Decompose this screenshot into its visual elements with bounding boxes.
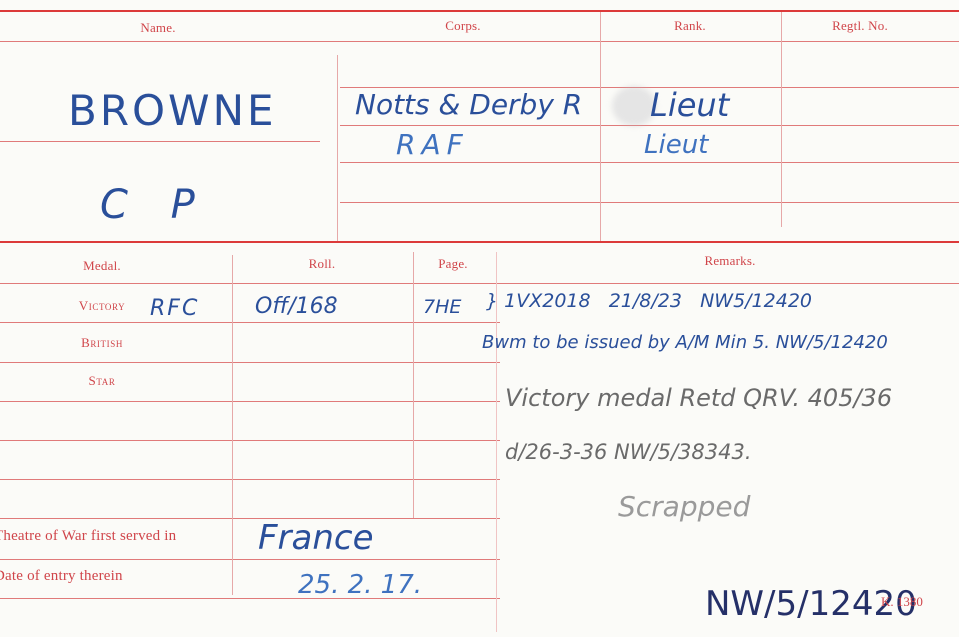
page-divider — [413, 252, 414, 518]
header-rank: Rank. — [674, 18, 706, 34]
header-medal: Medal. — [83, 258, 121, 274]
rank-divider — [600, 12, 601, 241]
corps-divider — [337, 55, 338, 241]
header-page: Page. — [438, 256, 468, 272]
header-rule — [0, 41, 959, 42]
victory-unit: RFC — [150, 296, 199, 321]
name-rule-1 — [0, 141, 320, 142]
date-entry-value: 25. 2. 17. — [298, 570, 422, 600]
remark-line-4: d/26-3-36 NW/5/38343. — [505, 440, 752, 464]
corps-entry-2: RAF — [396, 128, 469, 161]
date-rule — [0, 598, 500, 599]
remark-line-1: } 1VX2018 21/8/23 NW5/12420 — [486, 290, 812, 312]
form-number: K. 1380 — [881, 594, 923, 610]
victory-page: 7HE — [423, 296, 461, 318]
roll-divider — [232, 255, 233, 595]
medal-row-rule-1 — [0, 322, 500, 323]
initials: C P — [100, 182, 195, 228]
date-entry-label: Date of entry therein — [0, 568, 123, 585]
header-roll: Roll. — [309, 256, 336, 272]
mid-rule — [0, 241, 959, 243]
medal-row-rule-5 — [0, 479, 500, 480]
medal-victory: Victory — [79, 298, 125, 314]
header-regtl-no: Regtl. No. — [832, 18, 888, 34]
theatre-label: Theatre of War first served in — [0, 528, 176, 545]
remark-line-5: Scrapped — [618, 490, 750, 523]
medal-row-rule-4 — [0, 440, 500, 441]
medal-row-rule-2 — [0, 362, 500, 363]
corps-rule-3 — [340, 202, 959, 203]
header-corps: Corps. — [445, 18, 481, 34]
corps-entry-1: Notts & Derby R — [355, 88, 582, 121]
victory-roll: Off/168 — [255, 294, 338, 319]
theatre-rule — [0, 559, 500, 560]
medal-index-card: Name. Corps. Rank. Regtl. No. BROWNE C P… — [0, 0, 959, 637]
corps-rule-2 — [340, 162, 959, 163]
header-remarks: Remarks. — [704, 253, 755, 269]
medal-star: Star — [89, 373, 116, 389]
rank-entry-2: Lieut — [644, 130, 708, 160]
medal-row-rule-6 — [0, 518, 500, 519]
top-rule — [0, 10, 959, 12]
header-name: Name. — [140, 20, 175, 36]
rank-entry-1: Lieut — [650, 86, 729, 124]
remark-line-3: Victory medal Retd QRV. 405/36 — [505, 384, 892, 412]
medal-row-rule-3 — [0, 401, 500, 402]
remark-line-2: Bwm to be issued by A/M Min 5. NW/5/1242… — [482, 332, 888, 353]
medal-british: British — [81, 335, 123, 351]
medal-header-rule — [0, 283, 959, 284]
regtl-divider — [781, 12, 782, 227]
surname: BROWNE — [68, 86, 277, 135]
corps-rule-1 — [340, 125, 959, 126]
theatre-value: France — [258, 518, 374, 558]
